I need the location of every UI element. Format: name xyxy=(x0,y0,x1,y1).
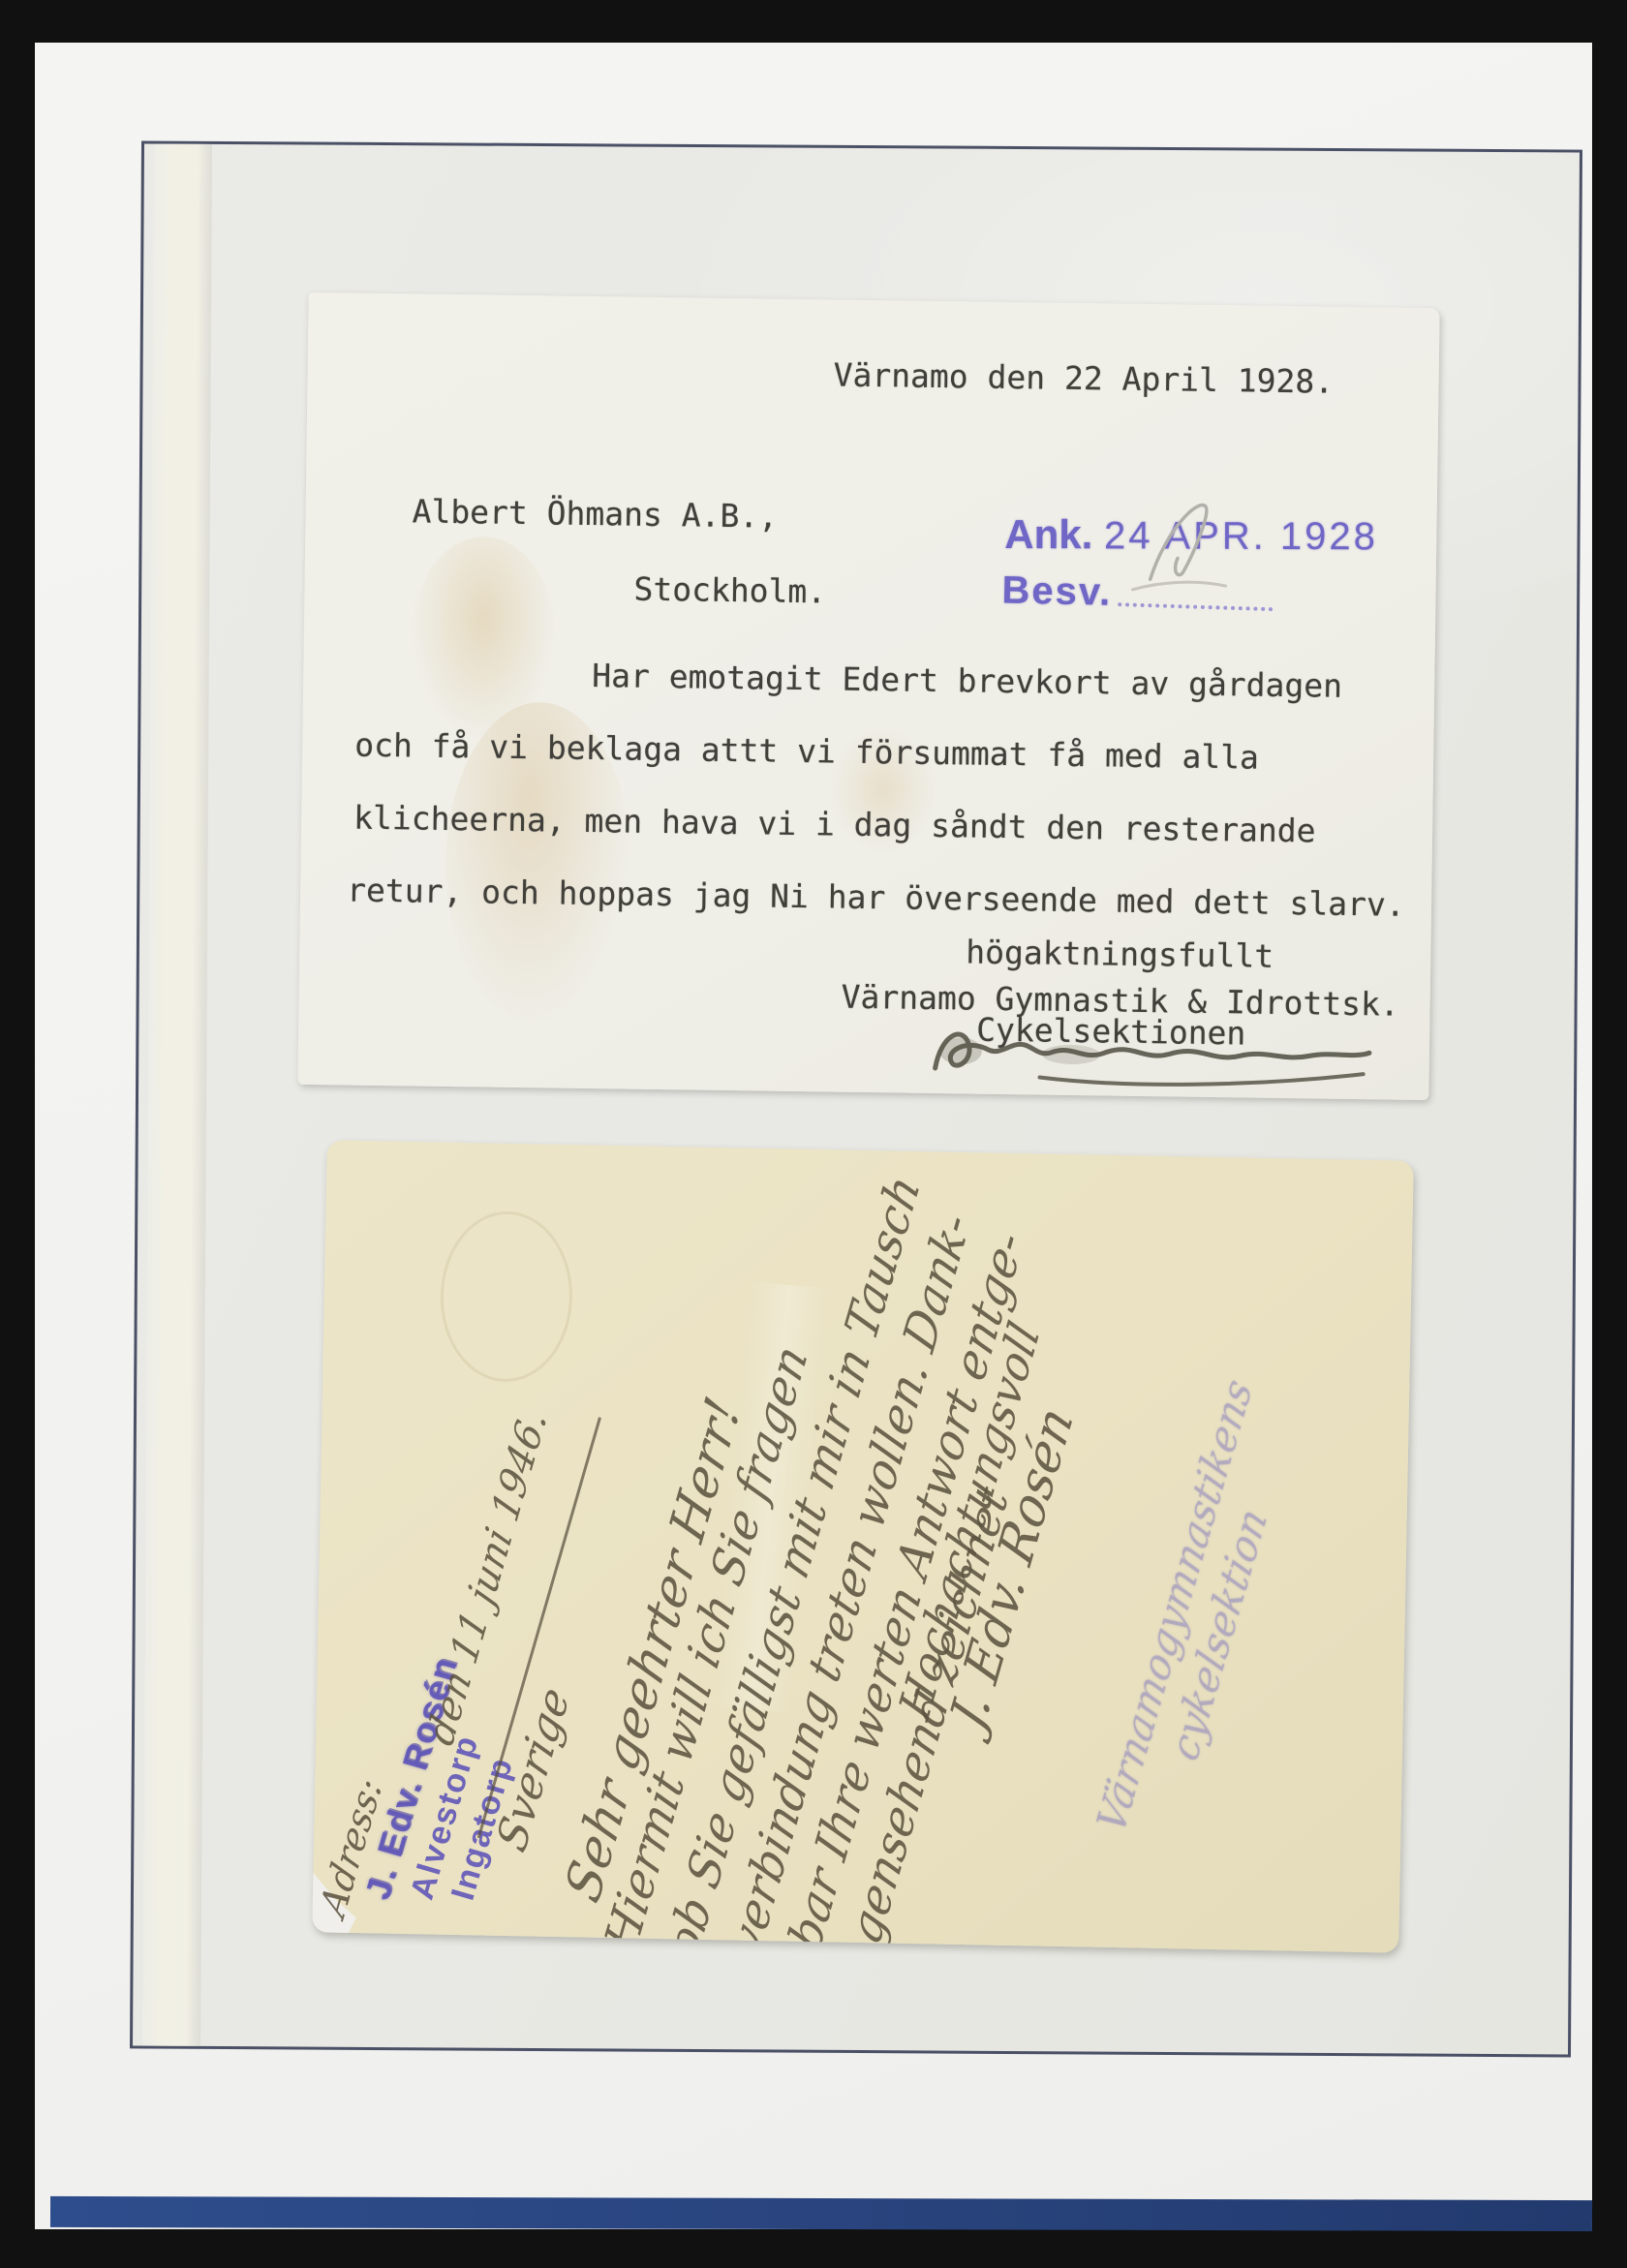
body-line: Har emotagit Edert brevkort av gårdagen xyxy=(592,657,1342,705)
signature xyxy=(925,1018,1391,1100)
body-line: klicheerna, men hava vi i dag såndt den … xyxy=(353,799,1316,850)
paper-stain xyxy=(409,536,557,741)
body-line: retur, och hoppas jag Ni har överseende … xyxy=(347,871,1405,923)
photographed-album-page: Värnamo den 22 April 1928. Albert Öhmans… xyxy=(0,0,1627,2268)
closing: högaktningsfullt xyxy=(966,933,1274,974)
postcard-1928: Värnamo den 22 April 1928. Albert Öhmans… xyxy=(297,292,1439,1100)
binder-strip xyxy=(142,144,212,2046)
album-binding-strip xyxy=(50,2196,1592,2231)
arrival-stamp-label: Ank. xyxy=(1004,511,1092,557)
postcard-1946: Adress: J. Edv. Rosén Alvestorp Ingatorp… xyxy=(312,1140,1413,1952)
body-line: och få vi beklaga attt vi försummat få m… xyxy=(354,726,1259,777)
reply-stamp-label: Besv. xyxy=(1001,569,1113,615)
dateline: Värnamo den 22 April 1928. xyxy=(833,355,1334,400)
faint-cancel-ring xyxy=(439,1211,573,1384)
pen-squiggle-mark xyxy=(1132,490,1241,603)
recipient-line1: Albert Öhmans A.B., xyxy=(412,492,778,535)
recipient-line2: Stockholm. xyxy=(633,570,826,611)
